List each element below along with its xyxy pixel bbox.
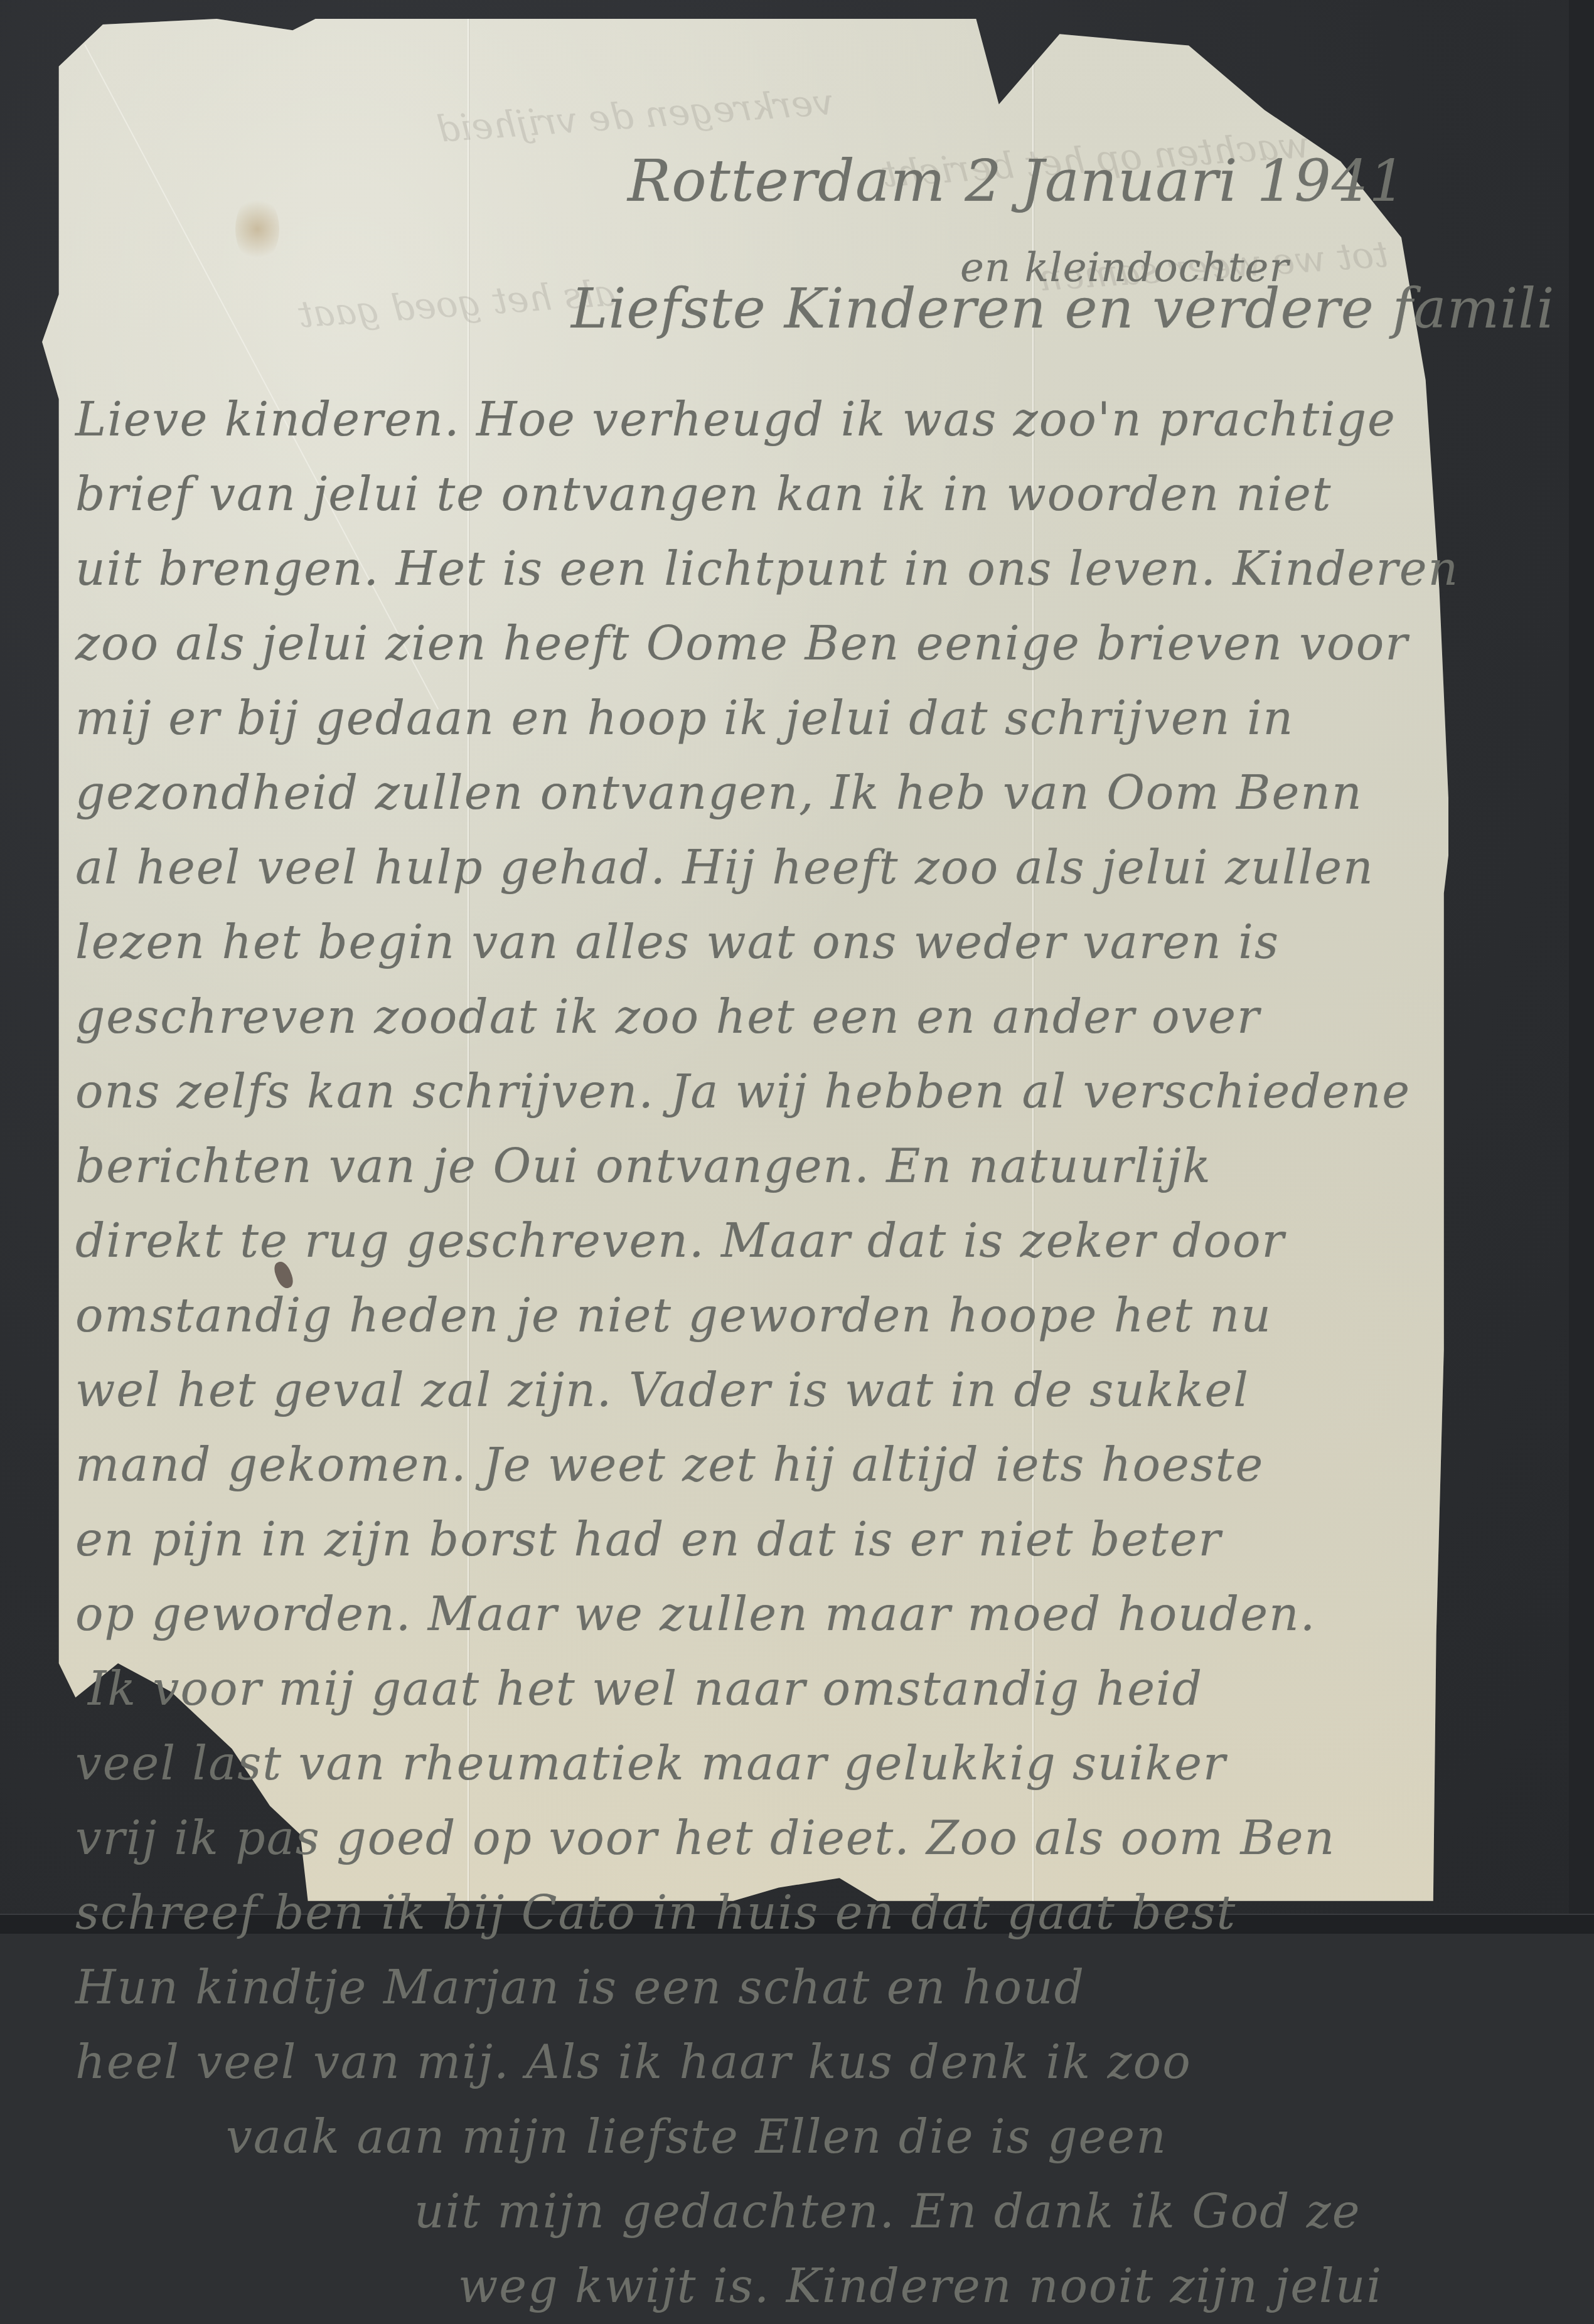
letter-line: op geworden. Maar we zullen maar moed ho… (75, 1577, 1538, 1652)
letter-line: geschreven zoodat ik zoo het een en ande… (75, 980, 1538, 1055)
letter-body: Lieve kinderen. Hoe verheugd ik was zoo'… (75, 383, 1538, 1932)
letter-line: uit brengen. Het is een lichtpunt in ons… (75, 532, 1538, 607)
mount-right-edge (1569, 0, 1594, 1932)
age-stain (235, 195, 279, 264)
letter-line: gezondheid zullen ontvangen, Ik heb van … (75, 756, 1538, 831)
letter-line: schreef ben ik bij Cato in huis en dat g… (75, 1876, 1538, 1932)
salutation: Liefste Kinderen en verdere famili (571, 276, 1555, 341)
letter-line: brief van jelui te ontvangen kan ik in w… (75, 457, 1538, 532)
letter-line: ons zelfs kan schrijven. Ja wij hebben a… (75, 1055, 1538, 1129)
letter-line: al heel veel hulp gehad. Hij heeft zoo a… (75, 831, 1538, 905)
letter-line: Lieve kinderen. Hoe verheugd ik was zoo'… (75, 383, 1538, 457)
bleed-through-text: verkregen de vrijheid (435, 80, 835, 151)
letter-line: en pijn in zijn borst had en dat is er n… (75, 1503, 1538, 1577)
place-and-date: Rotterdam 2 Januari 1941 (628, 147, 1406, 215)
bleed-through-text: als het goed gaat (297, 271, 617, 336)
letter-line: direkt te rug geschreven. Maar dat is ze… (75, 1204, 1538, 1279)
letter-line: wel het geval zal zijn. Vader is wat in … (75, 1353, 1538, 1428)
letter-line: mand gekomen. Je weet zet hij altijd iet… (75, 1428, 1538, 1503)
letter-line: vrij ik pas goed op voor het dieet. Zoo … (75, 1801, 1538, 1876)
letter-line: veel last van rheumatiek maar gelukkig s… (75, 1727, 1538, 1801)
letter-line: lezen het begin van alles wat ons weder … (75, 905, 1538, 980)
letter-line: mij er bij gedaan en hoop ik jelui dat s… (75, 681, 1538, 756)
letter-line: zoo als jelui zien heeft Oome Ben eenige… (75, 607, 1538, 681)
letter-line: berichten van je Oui ontvangen. En natuu… (75, 1129, 1538, 1204)
letter-line: omstandig heden je niet geworden hoope h… (75, 1279, 1538, 1353)
letter-line: Ik voor mij gaat het wel naar omstandig … (75, 1652, 1538, 1727)
